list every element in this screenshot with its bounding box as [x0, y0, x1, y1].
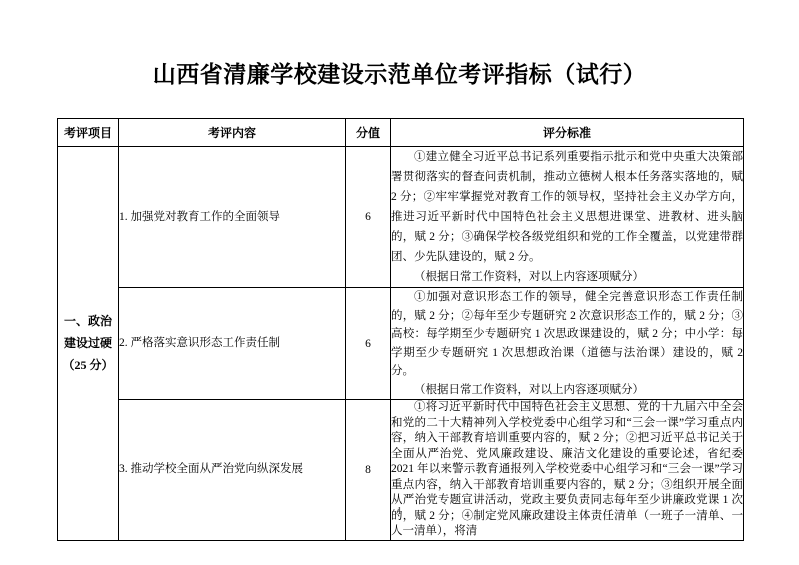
- score-cell: 6: [346, 147, 391, 288]
- standard-text: ①加强对意识形态工作的领导，健全完善意识形态工作责任制的，赋 2 分；②每年至少…: [391, 288, 743, 381]
- header-score: 分值: [346, 119, 391, 147]
- score-cell: 8: [346, 400, 391, 541]
- standard-note: （根据日常工作资料，对以上内容逐项赋分）: [391, 267, 743, 287]
- content-cell: 2. 严格落实意识形态工作责任制: [119, 288, 346, 400]
- category-cell: 一、政治 建设过硬 （25 分）: [58, 147, 119, 541]
- content-cell: 1. 加强党对教育工作的全面领导: [119, 147, 346, 288]
- table-row: 一、政治 建设过硬 （25 分） 1. 加强党对教育工作的全面领导 6 ①建立健…: [58, 147, 744, 288]
- table-row: 3. 推动学校全面从严治党向纵深发展 8 ①将习近平新时代中国特色社会主义思想、…: [58, 400, 744, 541]
- standard-text: ①将习近平新时代中国特色社会主义思想、党的十九届六中全会和党的二十大精神列入学校…: [391, 400, 743, 540]
- content-cell: 3. 推动学校全面从严治党向纵深发展: [119, 400, 346, 541]
- standard-cell: ①将习近平新时代中国特色社会主义思想、党的十九届六中全会和党的二十大精神列入学校…: [391, 400, 744, 541]
- document-page: 山西省清廉学校建设示范单位考评指标（试行） 考评项目 考评内容 分值 评分标准 …: [0, 0, 799, 565]
- header-eval-content: 考评内容: [119, 119, 346, 147]
- document-title: 山西省清廉学校建设示范单位考评指标（试行）: [0, 60, 799, 90]
- standard-note: （根据日常工作资料，对以上内容逐项赋分）: [391, 381, 743, 400]
- standard-text: ①建立健全习近平总书记系列重要指示批示和党中央重大决策部署贯彻落实的督查问责机制…: [391, 147, 743, 267]
- table-header-row: 考评项目 考评内容 分值 评分标准: [58, 119, 744, 147]
- standard-cell: ①加强对意识形态工作的领导，健全完善意识形态工作责任制的，赋 2 分；②每年至少…: [391, 288, 744, 400]
- table-row: 2. 严格落实意识形态工作责任制 6 ①加强对意识形态工作的领导，健全完善意识形…: [58, 288, 744, 400]
- page-number: 1: [0, 506, 799, 517]
- standard-cell: ①建立健全习近平总书记系列重要指示批示和党中央重大决策部署贯彻落实的督查问责机制…: [391, 147, 744, 288]
- header-eval-project: 考评项目: [58, 119, 119, 147]
- header-scoring-standard: 评分标准: [391, 119, 744, 147]
- evaluation-table: 考评项目 考评内容 分值 评分标准 一、政治 建设过硬 （25 分） 1. 加强…: [57, 118, 744, 541]
- score-cell: 6: [346, 288, 391, 400]
